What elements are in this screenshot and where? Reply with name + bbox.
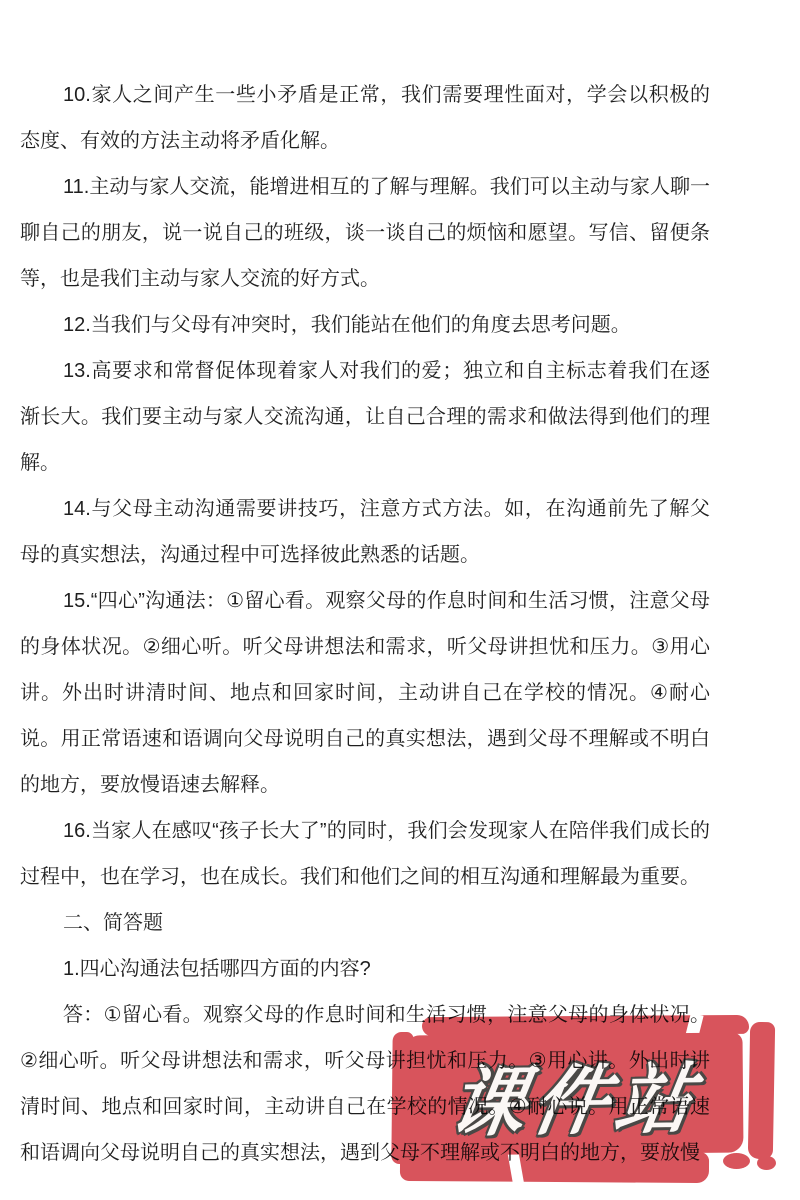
section-heading: 二、简答题 [20,900,710,946]
stamp-ink-dot [757,1156,776,1170]
document-body: 10.家人之间产生一些小矛盾是正常，我们需要理性面对，学会以积极的态度、有效的方… [20,72,710,1176]
paragraph-item-10: 10.家人之间产生一些小矛盾是正常，我们需要理性面对，学会以积极的态度、有效的方… [20,72,710,164]
document-page: 10.家人之间产生一些小矛盾是正常，我们需要理性面对，学会以积极的态度、有效的方… [0,0,800,1200]
stamp-ink-dot [723,1153,750,1169]
paragraph-item-14: 14.与父母主动沟通需要讲技巧，注意方式方法。如，在沟通前先了解父母的真实想法，… [20,486,710,578]
stamp-border-right [748,1022,775,1159]
paragraph-item-16: 16.当家人在感叹“孩子长大了”的同时，我们会发现家人在陪伴我们成长的过程中，也… [20,808,710,900]
paragraph-item-11: 11.主动与家人交流，能增进相互的了解与理解。我们可以主动与家人聊一聊自己的朋友… [20,164,710,302]
answer-1: 答：①留心看。观察父母的作息时间和生活习惯，注意父母的身体状况。②细心听。听父母… [20,992,710,1176]
paragraph-item-15: 15.“四心”沟通法：①留心看。观察父母的作息时间和生活习惯，注意父母的身体状况… [20,578,710,808]
paragraph-item-12: 12.当我们与父母有冲突时，我们能站在他们的角度去思考问题。 [20,302,710,348]
paragraph-item-13: 13.高要求和常督促体现着家人对我们的爱；独立和自主标志着我们在逐渐长大。我们要… [20,348,710,486]
question-1: 1.四心沟通法包括哪四方面的内容? [20,946,710,992]
